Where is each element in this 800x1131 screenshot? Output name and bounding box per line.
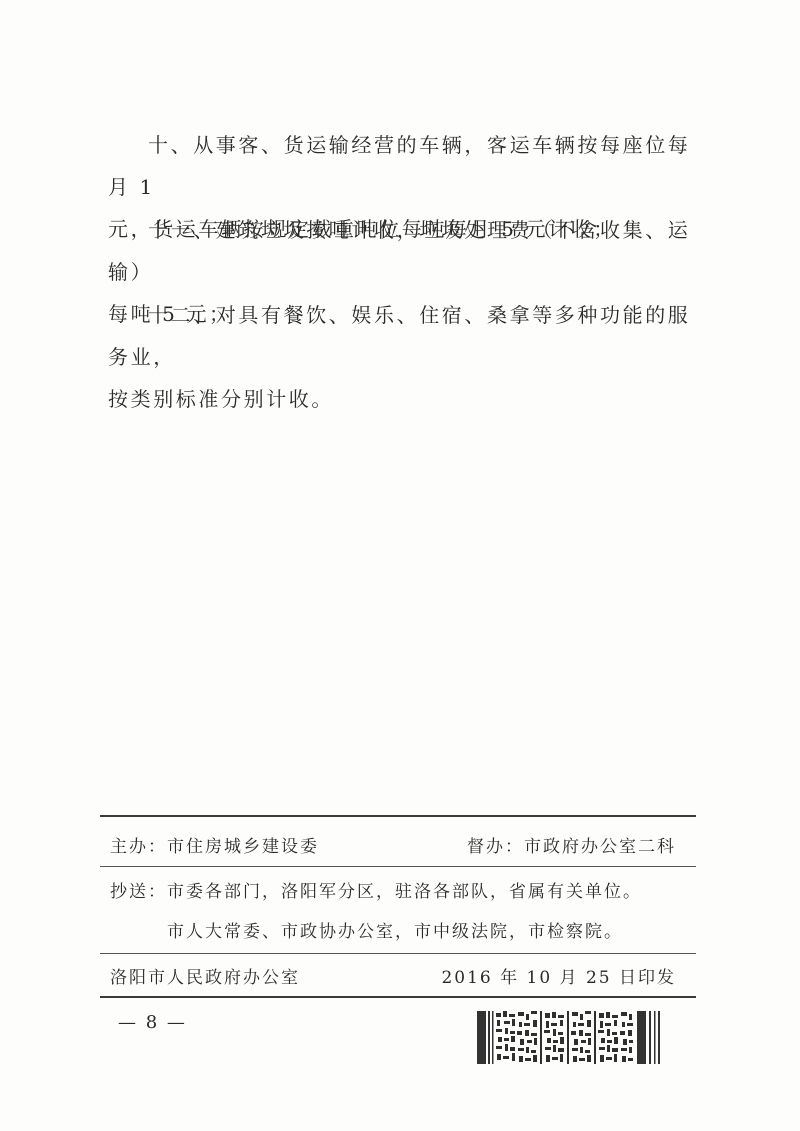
clause-12: 十二、对具有餐饮、娱乐、住宿、桑拿等多种功能的服务业， 按类别标准分别计收。	[108, 294, 708, 420]
clause-12-line1: 十二、对具有餐饮、娱乐、住宿、桑拿等多种功能的服务业，	[108, 294, 708, 378]
issue-date: 2016 年 10 月 25 日印发	[441, 963, 676, 988]
issuer-label: 洛阳市人民政府办公室	[110, 968, 300, 988]
issuer-row: 洛阳市人民政府办公室 2016 年 10 月 25 日印发	[100, 963, 696, 988]
cc-row-2: 市人大常委、市政协办公室，市中级法院，市检察院。	[100, 917, 696, 942]
barcode-icon	[477, 1011, 665, 1064]
host-label: 主办：市住房城乡建设委	[110, 837, 319, 857]
page-number: — 8 —	[118, 1012, 187, 1033]
cc-row-1: 抄送：市委各部门，洛阳军分区，驻洛各部队，省属有关单位。	[100, 877, 696, 902]
divider-bottom	[100, 996, 696, 998]
clause-12-line2: 按类别标准分别计收。	[108, 387, 334, 411]
clause-11-line1: 十一、建筑垃圾按吨计收，垃圾处理费（不含收集、运输）	[108, 209, 708, 293]
divider-3	[100, 953, 696, 954]
supervisor-label: 督办：市政府办公室二科	[467, 832, 676, 857]
clause-10-line1: 十、从事客、货运输经营的车辆，客运车辆按每座位每月 1	[108, 124, 708, 208]
divider-top	[100, 815, 696, 817]
cc-line1: 抄送：市委各部门，洛阳军分区，驻洛各部队，省属有关单位。	[110, 882, 642, 902]
cc-line2: 市人大常委、市政协办公室，市中级法院，市检察院。	[167, 922, 623, 942]
host-supervisor-row: 主办：市住房城乡建设委 督办：市政府办公室二科	[100, 832, 696, 857]
divider-2	[100, 866, 696, 867]
